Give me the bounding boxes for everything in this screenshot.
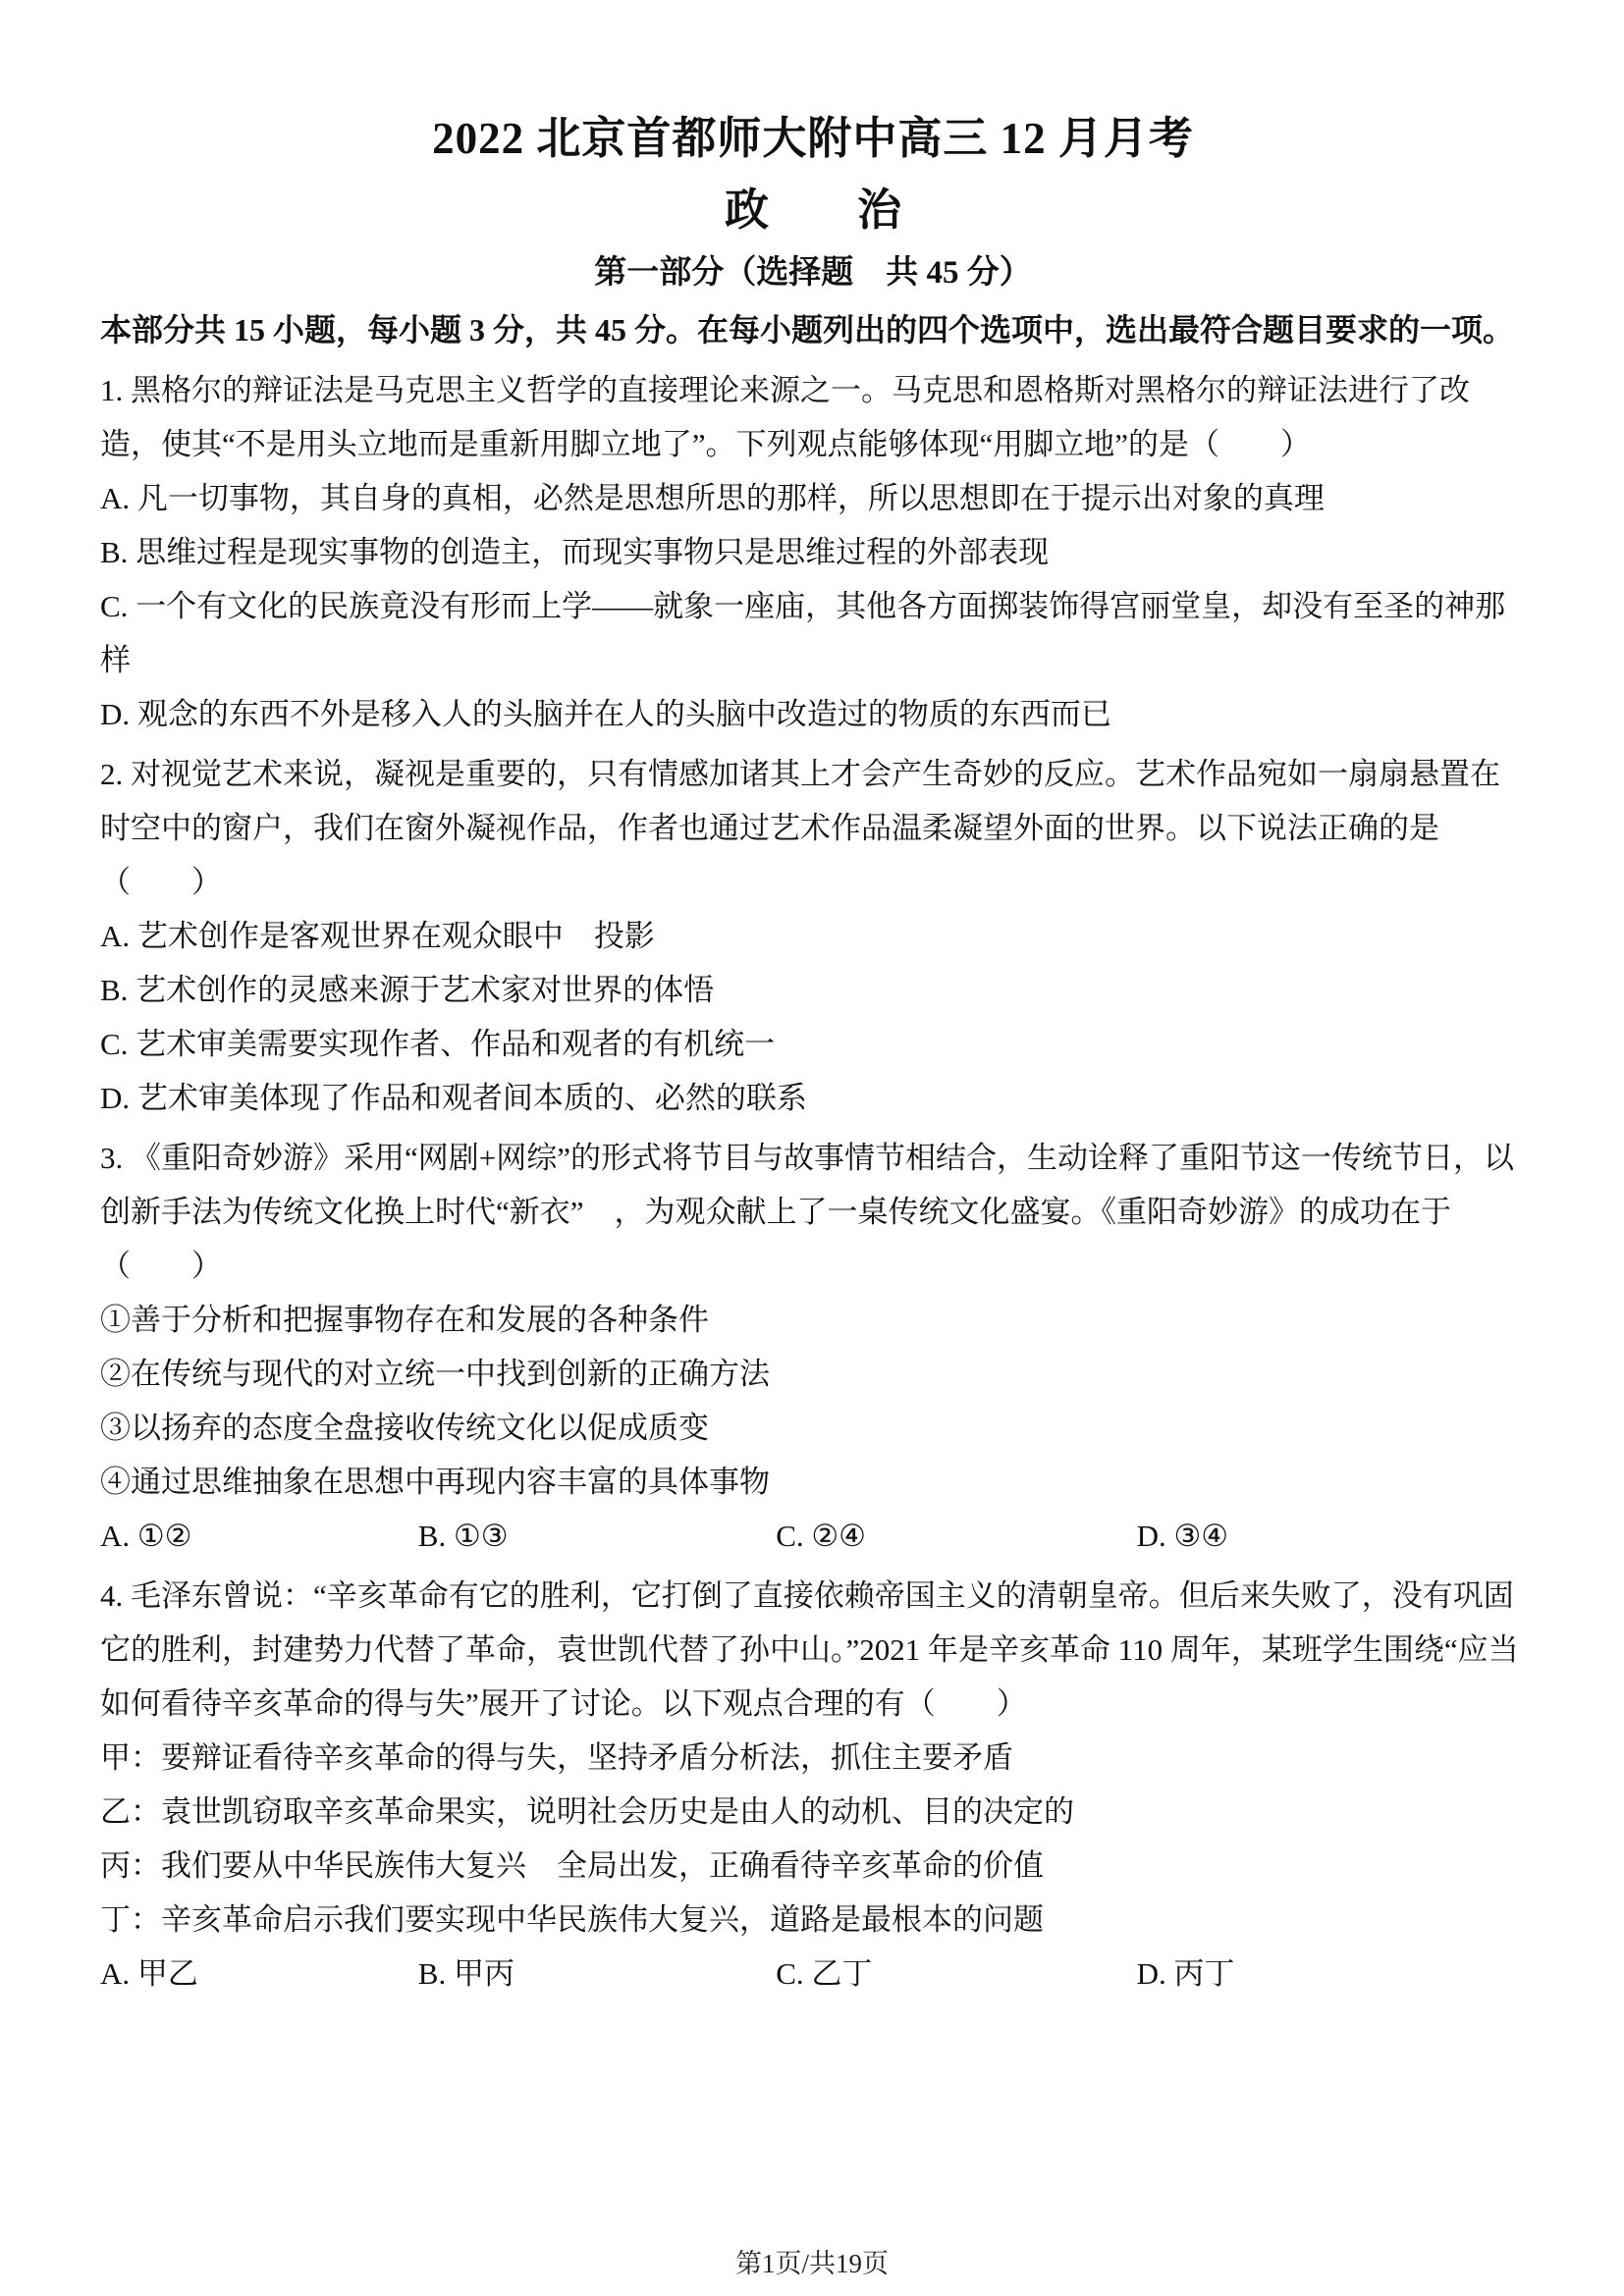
question-3: 3. 《重阳奇妙游》采用“网剧+网综”的形式将节目与故事情节相结合，生动诠释了重… <box>100 1131 1526 1563</box>
question-4: 4. 毛泽东曾说：“辛亥革命有它的胜利，它打倒了直接依赖帝国主义的清朝皇帝。但后… <box>100 1569 1526 2001</box>
question-3-stem: 3. 《重阳奇妙游》采用“网剧+网综”的形式将节目与故事情节相结合，生动诠释了重… <box>100 1131 1526 1293</box>
question-3-answer-row: A. ①② B. ①③ C. ②④ D. ③④ <box>100 1509 1526 1563</box>
question-2: 2. 对视觉艺术来说，凝视是重要的，只有情感加诸其上才会产生奇妙的反应。艺术作品… <box>100 747 1526 1125</box>
question-1-option-a: A. 凡一切事物，其自身的真相，必然是思想所思的那样，所以思想即在于提示出对象的… <box>100 471 1526 525</box>
question-3-choice-c: C. ②④ <box>776 1509 1136 1563</box>
question-3-item-3: ③以扬弃的态度全盘接收传统文化以促成质变 <box>100 1401 1526 1455</box>
question-3-choice-d: D. ③④ <box>1137 1509 1526 1563</box>
question-3-item-4: ④通过思维抽象在思想中再现内容丰富的具体事物 <box>100 1455 1526 1509</box>
question-2-option-a: A. 艺术创作是客观世界在观众眼中 投影 <box>100 909 1526 963</box>
question-3-item-1: ①善于分析和把握事物存在和发展的各种条件 <box>100 1293 1526 1347</box>
question-2-option-d: D. 艺术审美体现了作品和观者间本质的、必然的联系 <box>100 1071 1526 1125</box>
question-4-choice-b: B. 甲丙 <box>418 1947 776 2001</box>
question-2-option-c: C. 艺术审美需要实现作者、作品和观者的有机统一 <box>100 1017 1526 1071</box>
exam-title: 2022 北京首都师大附中高三 12 月月考 <box>100 110 1526 167</box>
question-1-option-c: C. 一个有文化的民族竟没有形而上学——就象一座庙，其他各方面掷装饰得宫丽堂皇，… <box>100 579 1526 687</box>
question-4-answer-row: A. 甲乙 B. 甲丙 C. 乙丁 D. 丙丁 <box>100 1947 1526 2001</box>
question-3-choice-b: B. ①③ <box>418 1509 776 1563</box>
exam-subject: 政 治 <box>100 183 1526 238</box>
question-1-option-b: B. 思维过程是现实事物的创造主，而现实事物只是思维过程的外部表现 <box>100 525 1526 579</box>
question-3-item-2: ②在传统与现代的对立统一中找到创新的正确方法 <box>100 1347 1526 1401</box>
question-2-stem: 2. 对视觉艺术来说，凝视是重要的，只有情感加诸其上才会产生奇妙的反应。艺术作品… <box>100 747 1526 909</box>
page-footer: 第1页/共19页 <box>0 2247 1624 2280</box>
question-4-choice-c: C. 乙丁 <box>776 1947 1136 2001</box>
question-1: 1. 黑格尔的辩证法是马克思主义哲学的直接理论来源之一。马克思和恩格斯对黑格尔的… <box>100 363 1526 741</box>
question-4-view-ding: 丁：辛亥革命启示我们要实现中华民族伟大复兴，道路是最根本的问题 <box>100 1893 1526 1947</box>
question-3-choice-a: A. ①② <box>100 1509 418 1563</box>
question-4-stem: 4. 毛泽东曾说：“辛亥革命有它的胜利，它打倒了直接依赖帝国主义的清朝皇帝。但后… <box>100 1569 1526 1731</box>
question-4-choice-d: D. 丙丁 <box>1137 1947 1526 2001</box>
question-1-stem: 1. 黑格尔的辩证法是马克思主义哲学的直接理论来源之一。马克思和恩格斯对黑格尔的… <box>100 363 1526 471</box>
intro-text: 本部分共 15 小题，每小题 3 分，共 45 分。在每小题列出的四个选项中，选… <box>100 304 1526 355</box>
question-4-view-jia: 甲：要辩证看待辛亥革命的得与失，坚持矛盾分析法，抓住主要矛盾 <box>100 1731 1526 1785</box>
question-1-option-d: D. 观念的东西不外是移入人的头脑并在人的头脑中改造过的物质的东西而已 <box>100 687 1526 741</box>
exam-page: 2022 北京首都师大附中高三 12 月月考 政 治 第一部分（选择题 共 45… <box>0 0 1624 2296</box>
question-4-view-bing: 丙：我们要从中华民族伟大复兴 全局出发，正确看待辛亥革命的价值 <box>100 1839 1526 1893</box>
question-4-choice-a: A. 甲乙 <box>100 1947 418 2001</box>
section-heading: 第一部分（选择题 共 45 分） <box>100 251 1526 294</box>
question-4-view-yi: 乙：袁世凯窃取辛亥革命果实，说明社会历史是由人的动机、目的决定的 <box>100 1785 1526 1839</box>
question-2-option-b: B. 艺术创作的灵感来源于艺术家对世界的体悟 <box>100 963 1526 1017</box>
